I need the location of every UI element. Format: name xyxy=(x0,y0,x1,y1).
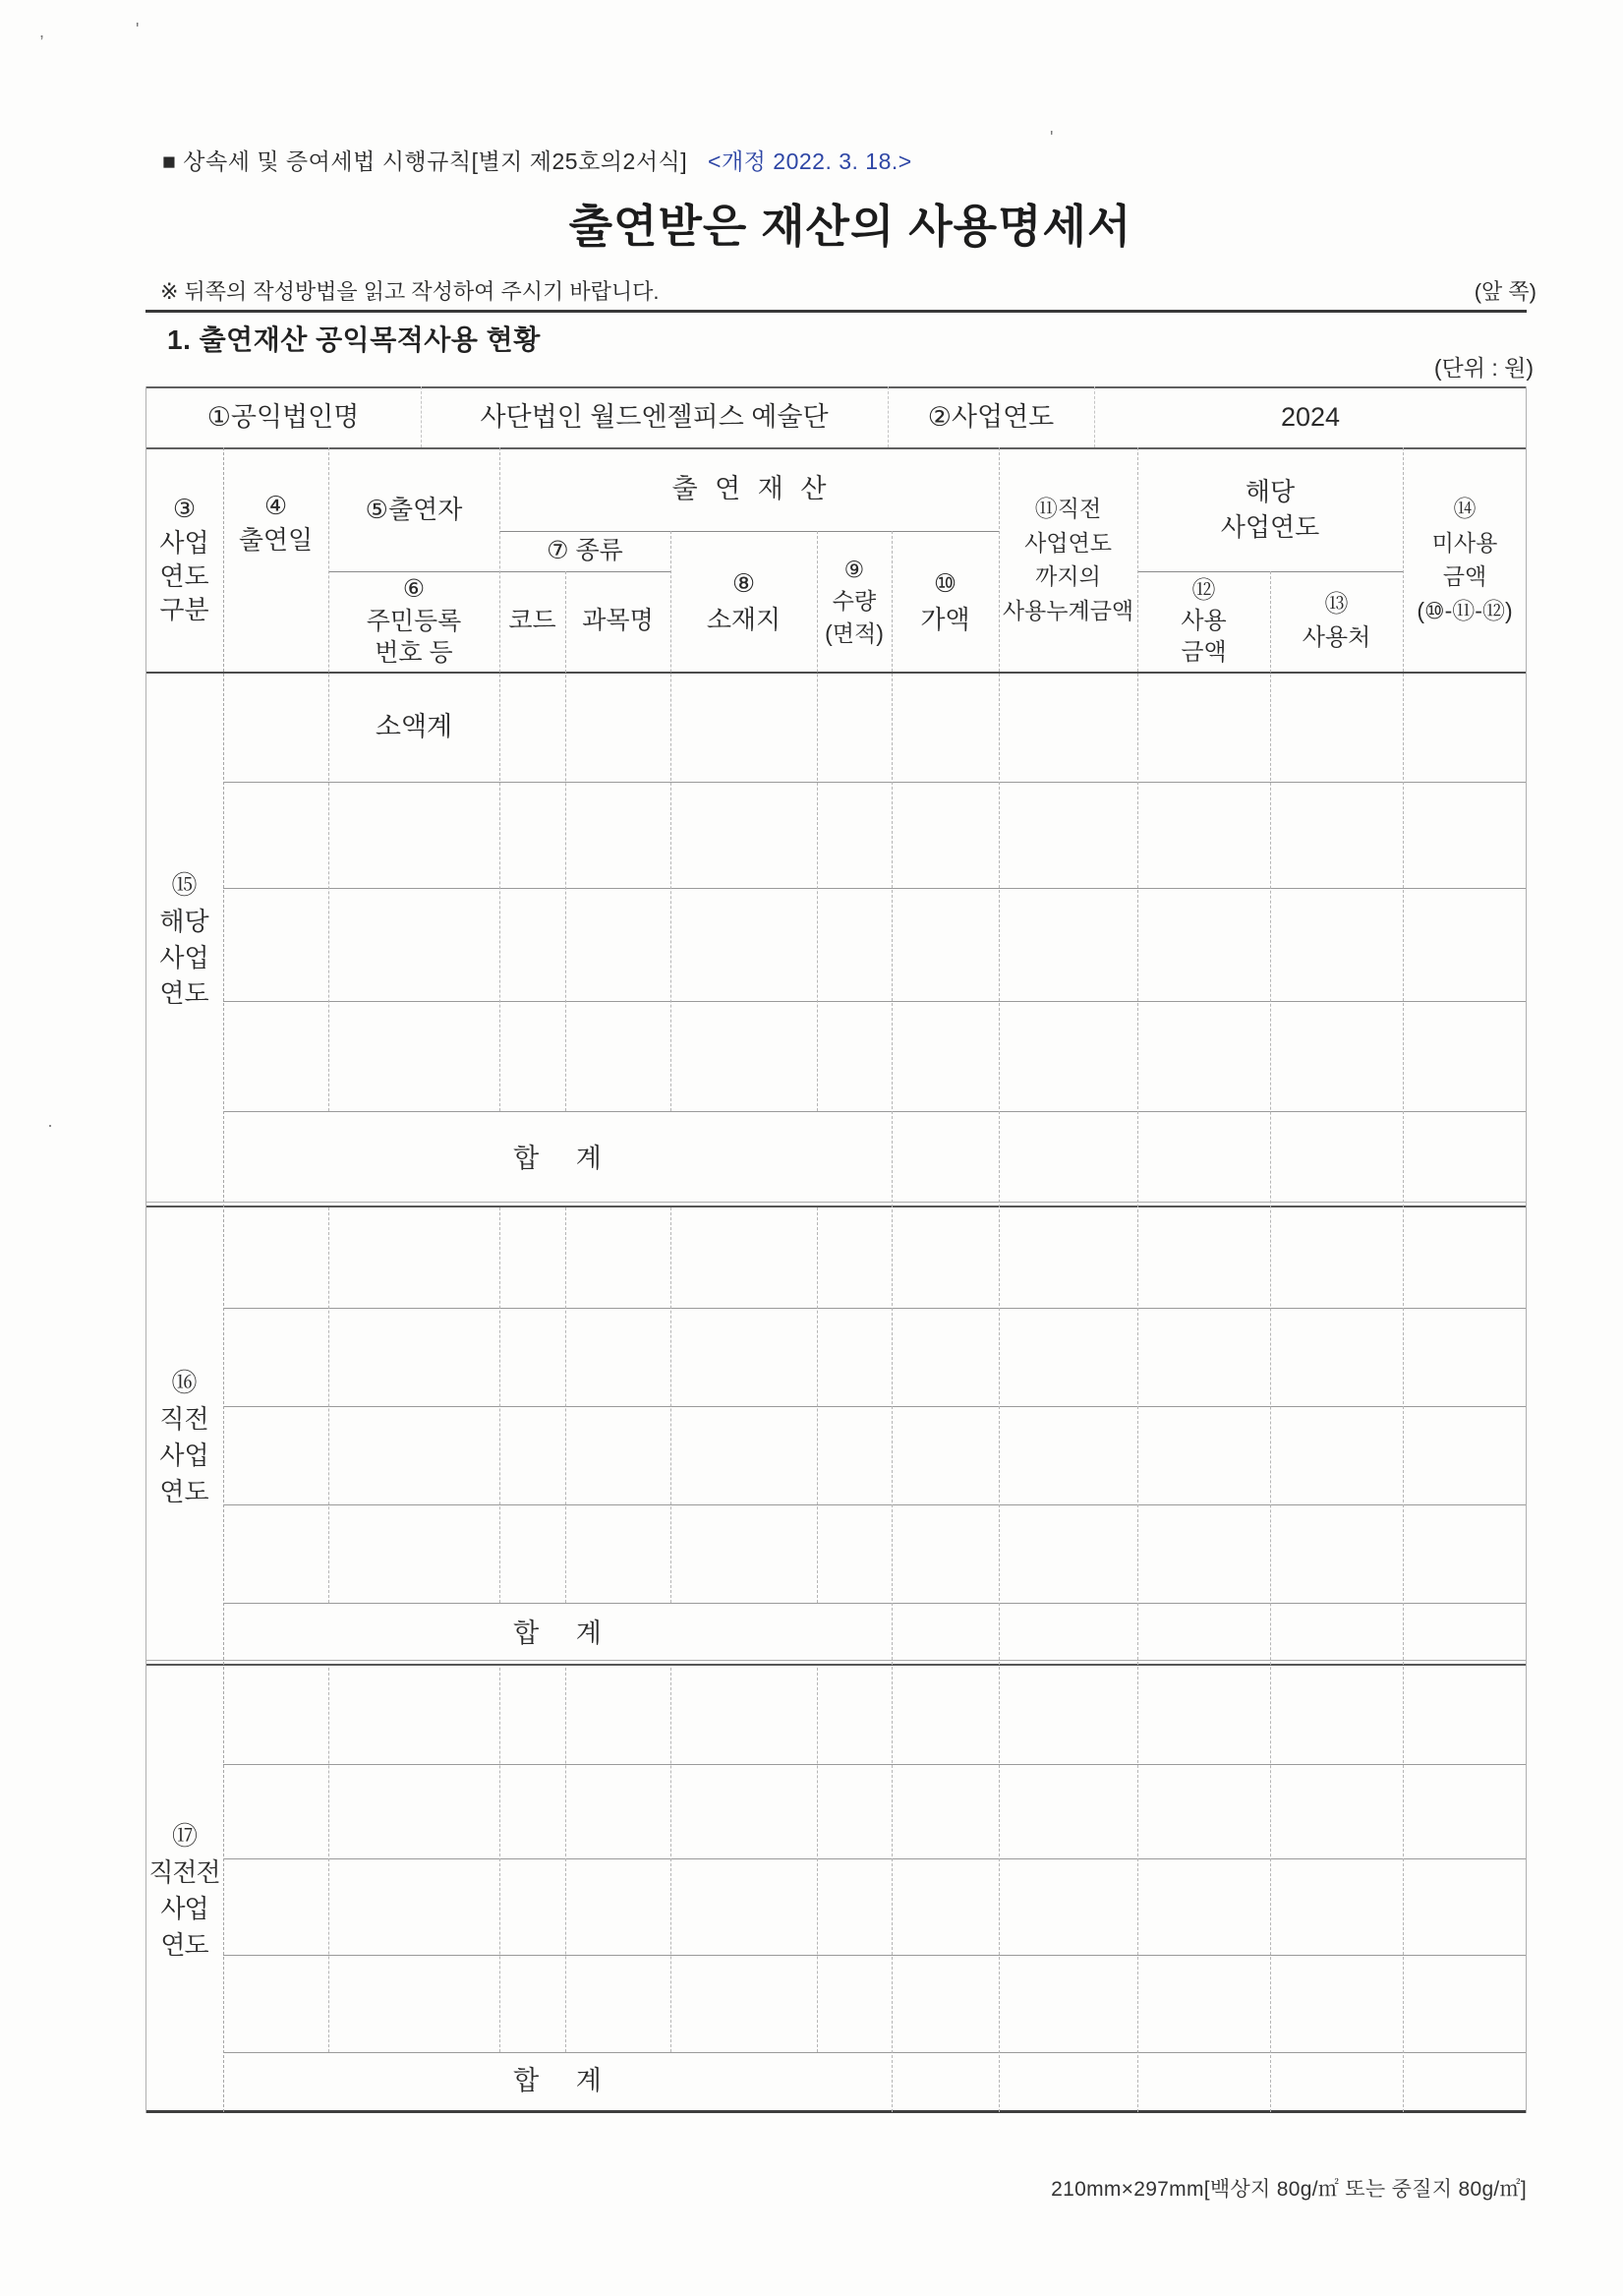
group-donated-property: 출 연 재 산 xyxy=(499,447,999,531)
business-year-label: ②사업연도 xyxy=(888,388,1094,445)
col-donor: ⑤출연자 xyxy=(328,447,499,571)
table-vline xyxy=(565,1207,566,1603)
table-hline xyxy=(223,2052,1527,2053)
col-business-year-type: ③ 사업 연도 구분 xyxy=(145,447,223,672)
regulation-text: ■ 상속세 및 증여세법 시행규칙[별지 제25호의2서식] xyxy=(162,148,687,174)
table-vline xyxy=(999,447,1000,2112)
col-cumulative-used: ⑪직전 사업연도 까지의 사용누계금액 xyxy=(999,447,1137,672)
section-17-label: ⑰ 직전전 사업 연도 xyxy=(145,1668,223,2114)
table-vline xyxy=(670,1207,671,1603)
table-vline xyxy=(565,1668,566,2052)
col-donation-date: ④ 출연일 xyxy=(223,447,328,672)
table-vline xyxy=(670,1668,671,2052)
section-heading: 1. 출연재산 공익목적사용 현황 xyxy=(167,319,541,358)
table-vline xyxy=(1526,386,1527,2113)
revision-date: <개정 2022. 3. 18.> xyxy=(708,148,912,174)
col-location: ⑧ 소재지 xyxy=(670,531,817,672)
table-vline xyxy=(670,531,671,1111)
form-page: , ' ' · ■ 상속세 및 증여세법 시행규칙[별지 제25호의2서식] <… xyxy=(0,0,1623,2296)
section-divider xyxy=(145,1664,1527,1666)
table-hline xyxy=(223,1111,1527,1112)
divider-rule xyxy=(145,310,1527,313)
table-vline xyxy=(817,1207,818,1603)
table-vline xyxy=(328,1668,329,2052)
table-vline xyxy=(499,1207,500,1603)
table-vline xyxy=(328,1207,329,1603)
col-resident-number: ⑥ 주민등록 번호 등 xyxy=(328,571,499,672)
scan-artifact: · xyxy=(47,1115,53,1136)
table-hline xyxy=(223,888,1527,889)
table-hline xyxy=(145,1660,1527,1661)
table-vline xyxy=(817,531,818,1111)
table-vline xyxy=(1270,571,1271,2112)
table-hline xyxy=(223,782,1527,783)
table-vline xyxy=(1094,386,1095,447)
table-hline xyxy=(223,1001,1527,1002)
table-hline xyxy=(328,571,499,572)
regulation-line: ■ 상속세 및 증여세법 시행규칙[별지 제25호의2서식] <개정 2022.… xyxy=(162,144,912,176)
col-used-place: ⑬ 사용처 xyxy=(1270,571,1403,672)
corp-name-label: ①공익법인명 xyxy=(145,388,421,445)
table-vline xyxy=(888,386,889,447)
table-hline xyxy=(223,1406,1527,1407)
instruction-note: ※ 뒤쪽의 작성방법을 읽고 작성하여 주시기 바랍니다. xyxy=(160,275,660,306)
col-subject-name: 과목명 xyxy=(565,571,670,672)
table-hline xyxy=(223,1858,1527,1859)
table-hline xyxy=(223,1504,1527,1505)
table-vline xyxy=(145,386,146,2113)
scan-artifact: ' xyxy=(136,20,139,40)
table-hline xyxy=(223,1764,1527,1765)
corp-name-value: 사단법인 월드엔젤피스 예술단 xyxy=(421,388,888,445)
table-hline xyxy=(145,672,1527,674)
total-row-15-label: 합 계 xyxy=(223,1111,892,1206)
section-15-label: ⑮ 해당 사업 연도 xyxy=(145,672,223,1207)
form-title: 출연받은 재산의 사용명세서 xyxy=(413,191,1288,256)
table-vline xyxy=(1137,447,1138,2112)
table-hline xyxy=(223,1308,1527,1309)
table-hline xyxy=(223,1955,1527,1956)
col-value: ⑩ 가액 xyxy=(892,531,999,672)
business-year-value: 2024 xyxy=(1094,388,1527,445)
col-quantity: ⑨ 수량 (면적) xyxy=(817,531,892,672)
section-divider xyxy=(145,1206,1527,1207)
col-type: ⑦ 종류 xyxy=(499,531,670,571)
table-bottom-border xyxy=(145,2110,1527,2113)
col-unused-amount: ⑭ 미사용 금액 (⑩-⑪-⑫) xyxy=(1403,447,1527,672)
section-16-label: ⑯ 직전 사업 연도 xyxy=(145,1207,223,1668)
table-hline xyxy=(499,571,670,572)
col-code: 코드 xyxy=(499,571,565,672)
table-hline xyxy=(499,531,999,532)
table-vline xyxy=(565,571,566,1111)
table-vline xyxy=(499,1668,500,2052)
total-row-17-label: 합 계 xyxy=(223,2052,892,2110)
front-side-note: (앞 쪽) xyxy=(1411,275,1536,306)
table-vline xyxy=(328,447,329,1111)
table-vline xyxy=(1403,447,1404,2112)
paper-spec-note: 210mm×297mm[백상지 80g/㎡ 또는 중질지 80g/㎡] xyxy=(983,2173,1527,2203)
table-vline xyxy=(223,447,224,2112)
scan-artifact: ' xyxy=(1050,128,1053,148)
group-current-year: 해당 사업연도 xyxy=(1137,447,1403,571)
table-vline xyxy=(892,531,893,2112)
scan-artifact: , xyxy=(39,22,44,42)
table-vline xyxy=(421,386,422,447)
col-used-amount: ⑫ 사용 금액 xyxy=(1137,571,1270,672)
small-amount-total-label: 소액계 xyxy=(328,672,499,782)
table-vline xyxy=(817,1668,818,2052)
table-vline xyxy=(499,447,500,1111)
unit-note: (단위 : 원) xyxy=(1374,350,1534,383)
total-row-16-label: 합 계 xyxy=(223,1603,892,1664)
table-hline xyxy=(223,1603,1527,1604)
table-hline xyxy=(145,1202,1527,1203)
